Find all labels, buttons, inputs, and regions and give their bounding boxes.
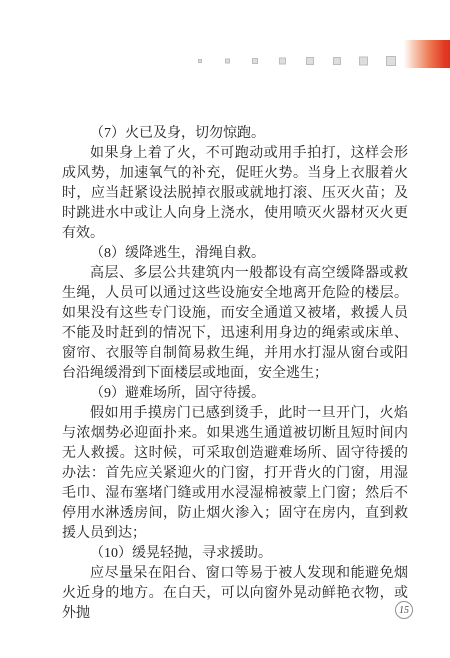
decor-square xyxy=(359,57,368,66)
page-number: 15 xyxy=(399,605,409,616)
decor-square-row xyxy=(0,53,450,69)
page-number-badge: 15 xyxy=(395,601,413,619)
decor-square xyxy=(198,59,202,63)
decor-square xyxy=(386,56,396,66)
paragraph: 假如用手摸房门已感到烫手，此时一旦开门，火焰与浓烟势必迎面扑来。如果逃生通道被切… xyxy=(62,404,408,544)
decor-square xyxy=(225,59,230,64)
header-decoration xyxy=(0,38,450,70)
decor-square xyxy=(252,58,258,64)
item-heading: （7）火已及身，切勿惊跑。 xyxy=(62,124,408,144)
item-heading: （9）避难场所，固守待援。 xyxy=(62,384,408,404)
paragraph: 高层、多层公共建筑内一般都设有高空缓降器或救生绳，人员可以通过这些设施安全地离开… xyxy=(62,264,408,384)
paragraph: 应尽量呆在阳台、窗口等易于被人发现和能避免烟火近身的地方。在白天，可以向窗外晃动… xyxy=(62,564,408,624)
accent-gradient-bar xyxy=(404,40,450,68)
decor-square xyxy=(333,57,341,65)
decor-square xyxy=(279,58,286,65)
body-text: （7）火已及身，切勿惊跑。 如果身上着了火，不可跑动或用手拍打，这样会形成风势，… xyxy=(62,124,408,624)
paragraph: 如果身上着了火，不可跑动或用手拍打，这样会形成风势，加速氧气的补充，促旺火势。当… xyxy=(62,144,408,244)
item-heading: （10）缓晃轻抛，寻求援助。 xyxy=(62,544,408,564)
book-page: （7）火已及身，切勿惊跑。 如果身上着了火，不可跑动或用手拍打，这样会形成风势，… xyxy=(0,0,450,658)
item-heading: （8）缓降逃生，滑绳自救。 xyxy=(62,244,408,264)
decor-square xyxy=(306,57,314,65)
